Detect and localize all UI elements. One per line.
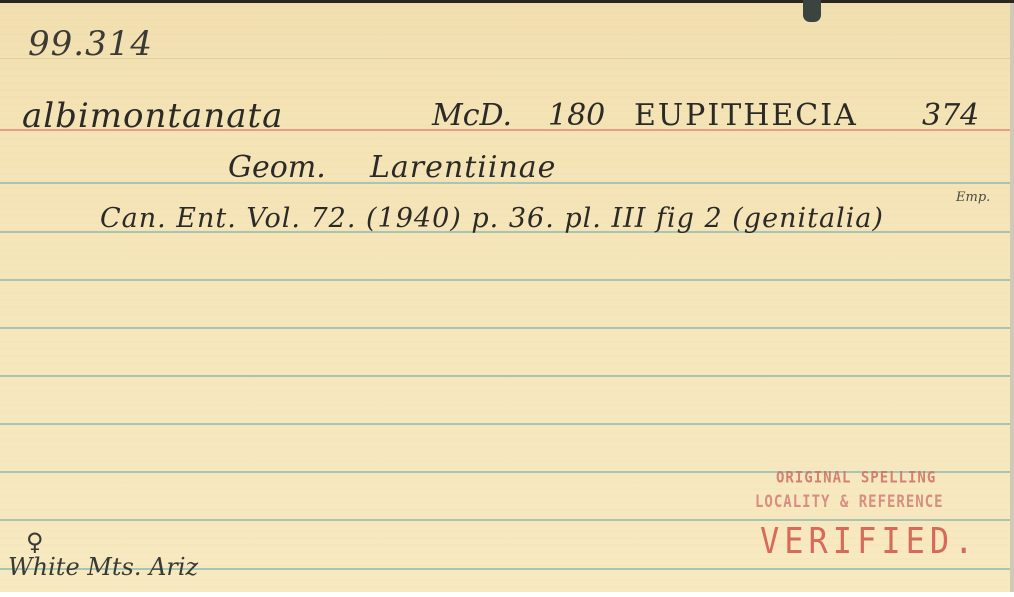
index-card: 99.314 albimontanata McD. 180 EUPITHECIA… xyxy=(0,0,1010,592)
ruled-line xyxy=(0,327,1010,329)
accession-number: 99.314 xyxy=(28,24,153,64)
female-symbol-icon: ♀ xyxy=(26,528,44,556)
ruled-line xyxy=(0,423,1010,425)
family: Geom. xyxy=(228,150,326,185)
ruled-line xyxy=(0,375,1010,377)
stamp-line-original-spelling: ORIGINAL SPELLING xyxy=(776,469,936,487)
card-right-edge xyxy=(1010,0,1014,592)
genus-number: 374 xyxy=(922,98,979,133)
ruled-line xyxy=(0,279,1010,281)
author: McD. xyxy=(432,98,512,133)
stamp-line-locality-reference: LOCALITY & REFERENCE xyxy=(755,492,944,511)
type-locality: White Mts. Ariz xyxy=(8,553,198,581)
stamp-verified: VERIFIED. xyxy=(760,520,978,562)
clip-mark-icon xyxy=(803,0,821,22)
species-name: albimontanata xyxy=(22,96,283,136)
genus: EUPITHECIA xyxy=(634,98,858,133)
page-number: 180 xyxy=(548,98,605,133)
subfamily: Larentiinae xyxy=(370,150,556,185)
reference-citation: Can. Ent. Vol. 72. (1940) p. 36. pl. III… xyxy=(100,203,884,234)
card-top-edge xyxy=(0,0,1014,3)
reference-annotation: Emp. xyxy=(956,190,990,205)
